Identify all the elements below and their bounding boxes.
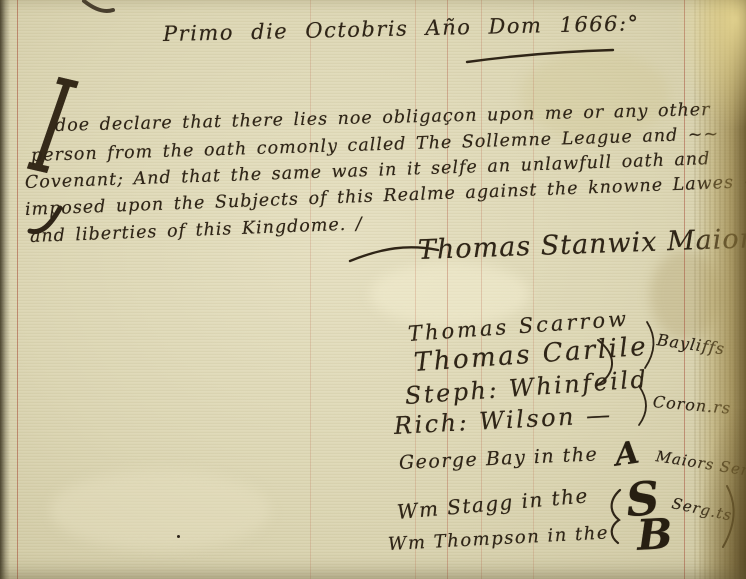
paper-blotch — [650, 250, 720, 340]
group-label-sergeants: Serg.ts — [670, 494, 734, 524]
column-rule — [447, 0, 448, 579]
group-label-mayors-sergeant: Maiors Serg.t — [655, 447, 746, 483]
paper-blotch — [50, 470, 270, 550]
page-corner-shadow — [700, 409, 746, 579]
stagg-mark-brace — [612, 490, 620, 543]
column-rule — [310, 0, 311, 579]
signatory-name-thompson: Wm Thompson in the — [387, 522, 609, 555]
manuscript-page: Primo die Octobris Año Dom 1666:° I doe … — [0, 0, 746, 579]
group-label-coroners: Coron.rs — [652, 392, 732, 418]
body-line: and liberties of this Kingdome. / — [30, 214, 364, 247]
top-edge-ink-smudge — [84, 1, 113, 11]
signatory-name-stagg: Wm Stagg in the — [396, 483, 590, 524]
gutter-shadow-edge — [0, 0, 10, 579]
signatory-mark-bay: A — [613, 435, 642, 474]
signatory-name-bay: George Bay in the — [399, 443, 599, 474]
ink-speck — [177, 535, 180, 538]
left-margin-rule — [17, 0, 18, 579]
right-margin-rule — [684, 0, 685, 579]
mayor-signature: Thomas Stanwix Maior — [417, 223, 746, 266]
column-rule — [415, 0, 416, 579]
book-fore-edge — [694, 0, 746, 579]
heading-date-line: Primo die Octobris Año Dom 1666:° — [163, 11, 640, 46]
group-label-bailiffs: Bayliffs — [656, 330, 727, 358]
year-underline-flourish — [467, 50, 613, 62]
signatory-mark-thompson: B — [636, 509, 674, 560]
